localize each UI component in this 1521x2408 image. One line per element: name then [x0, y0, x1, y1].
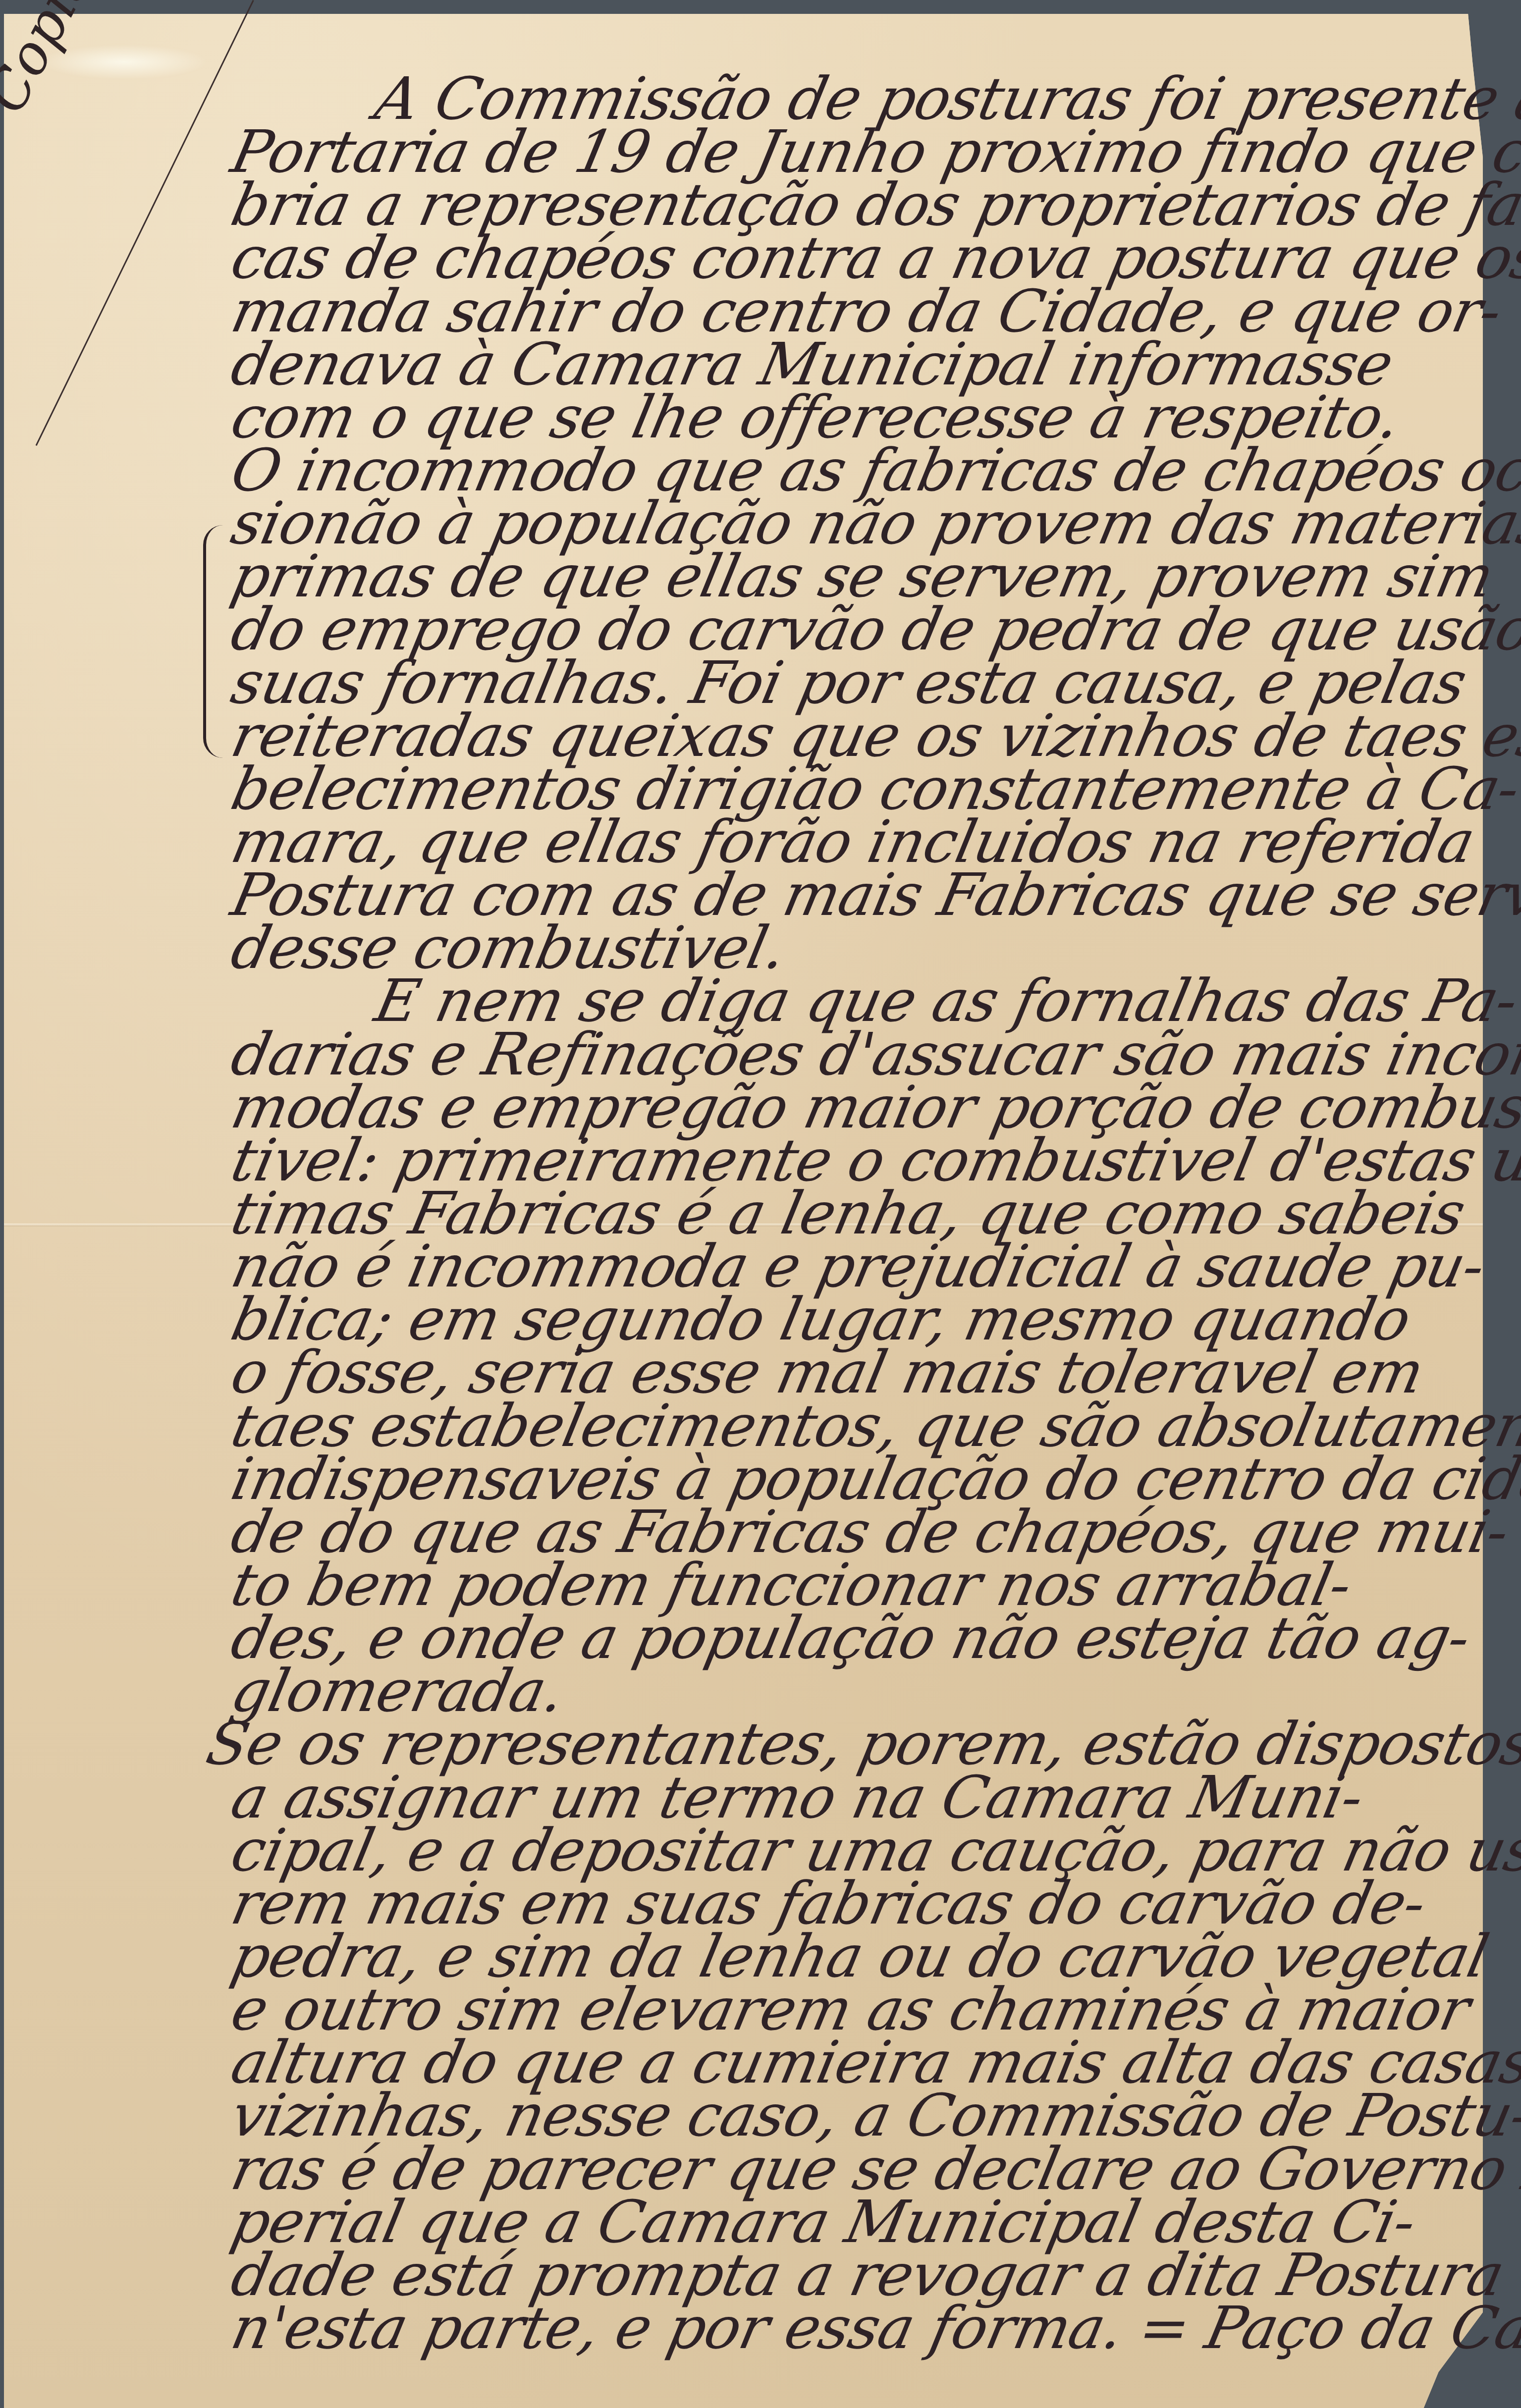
text-line: n'esta parte, e por essa forma. = Paço d…: [226, 2299, 1393, 2357]
